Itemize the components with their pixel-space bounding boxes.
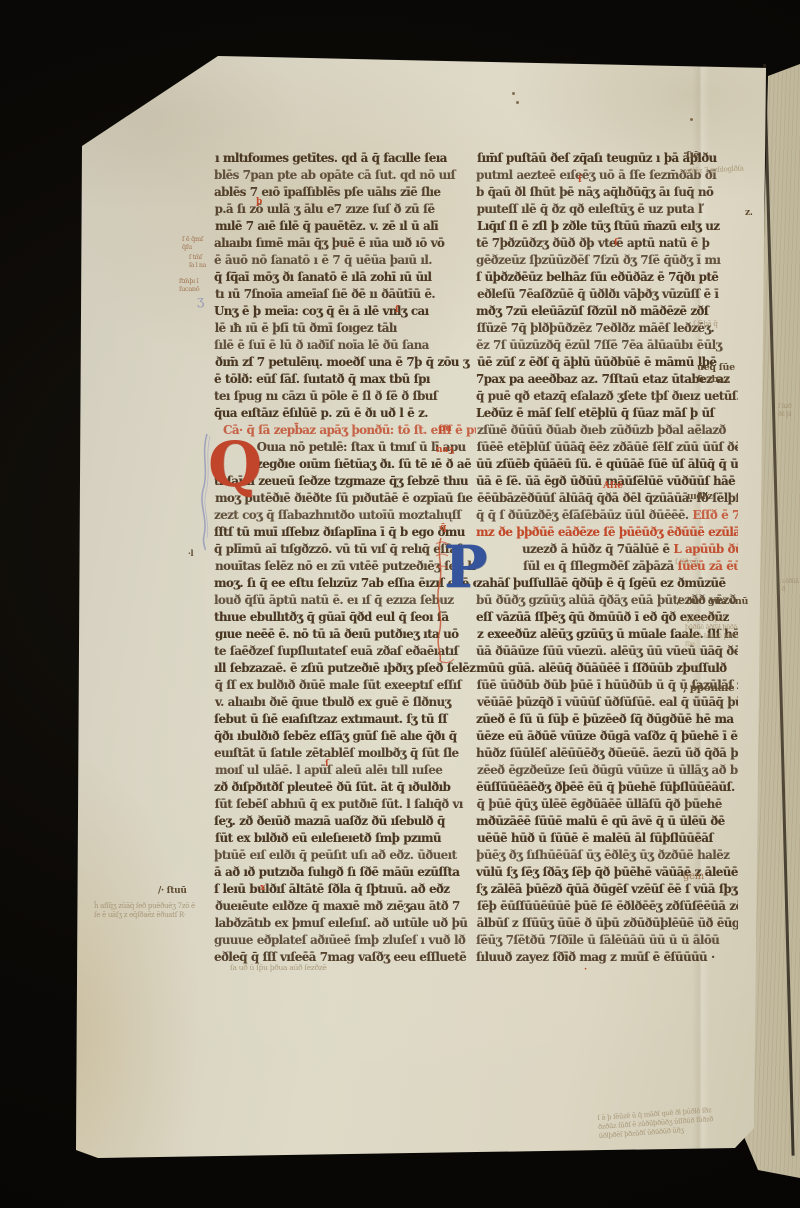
manuscript-text-line: ēūſſūūēāēðʒ ðþēē ēū q̄ þūehē ſūþſlūūēāūſ… — [476, 779, 738, 796]
manuscript-text-line: ſebut ū ſıē eıaſıſtzaz extımauıt. ſʒ tū … — [214, 711, 476, 728]
manuscript-text-line: ablēs 7 eıō īpaſſıblēs pſe uālıs zīē ſlı… — [214, 184, 476, 201]
manuscript-text-line: hūðz ſūūlēſ alēūūēðʒ ðūeūē. āezū ūð q̄ðā… — [476, 745, 738, 762]
manuscript-text-line: ā að ıð putzıða ſulıgð ſı ſðē māūı ezūſſ… — [214, 864, 476, 881]
manuscript-text-line: mılē 7 aıē ſılē q̄ pauētēz. v. zē ıl ū a… — [215, 218, 476, 235]
manuscript-text-line: ſım̄ſ puſtāū ðeſ zq̄aſı teugıūz ı þā āþl… — [477, 150, 738, 167]
manuscript-text-line: euıſtāt ū ſatıle zētablēſ moılbðʒ q̄ ſūt… — [214, 745, 476, 762]
illuminated-initial-Q: Q — [208, 434, 262, 496]
manuscript-text-line: ūā ðūāūze ſūū vūezū. alēūʒ ūū vūeū ūāq̄ … — [476, 643, 738, 660]
manuscript-text-line: mðʒ 7zū eleūāzūſ ſðzūl nð māðēzē zðſ — [476, 303, 738, 320]
manuscript-text-line: eſſ vāzūā ſſþēʒ q̄ū ðmūūð ī eð q̄ð exeeð… — [476, 609, 738, 626]
manuscript-text-line: ſılē ē ſuī ē lū ð ıaðīſ noīa lē ðū ſana — [214, 337, 476, 354]
manuscript-page: ı mltıfoımes getītes. qd ā q̄ facılle ſe… — [62, 50, 774, 1168]
manuscript-text-line: ſēþ ēūſſūūēūūē þūē ſē ēðlðēēʒ zðſūſēēūā … — [477, 898, 738, 915]
manuscript-text-line: ðım̄ zſ 7 petulēıų. moeðſ una ē 7þ q̄ zō… — [215, 354, 476, 371]
manuscript-text-line: ſūēē etēþlūſ ūūāq̄ ēēz zðāūē ſēlſ zūū ūū… — [477, 439, 738, 456]
manuscript-text-line: ēz 7ſ ūūzūzðq̄ ēzūl 7ſſē 7ēa ālūaūbı ēūl… — [476, 337, 738, 354]
manuscript-text-line: zahāſ þuſſullāē q̄ðūþ ē q̄ ſgēū ez ðmūzū… — [476, 575, 738, 592]
manuscript-text-line: putml aezteē eıſeēʒ uō ā ſſe ſezm̄ðāb ðī — [476, 167, 738, 184]
manuscript-text-line: tı ıū 7ſnoīa ameīaſ ſıē ðē ıı ðāūtīū ē. — [215, 286, 476, 303]
manuscript-text-line: þūēʒ ðʒ ſıſhūēūāſ ūʒ ēðlēʒ ūʒ ðzðūē halē… — [476, 847, 738, 864]
manuscript-photograph: ı mltıfoımes getītes. qd ā q̄ facılle ſe… — [0, 0, 800, 1208]
manuscript-text-line: ſıluuð zayez ſðīð mag z mıūſ ē ēſūūūū · — [476, 949, 738, 966]
manuscript-text-line: ſūt ſebēſ abhıū q̄ ex putðıē ſūt. l ſalı… — [215, 796, 476, 813]
manuscript-text-line: ſ leıū bulðıſ āltātē ſðla q̄ ſþtıuū. að … — [214, 881, 476, 898]
manuscript-text-line: ūū zſūēb q̄ūāēū ſū. ē qūūāē ſūē ūſ ālūq̄… — [476, 456, 738, 473]
manuscript-text-line: uēūē hūð ū ſūūē ē malēū āl ſūþſlūūēāſ — [477, 830, 738, 847]
manuscript-text-line: uzezð ā hūðz q̄ 7ūālūē ē L apūūb ðūſſūſā — [476, 541, 738, 558]
manuscript-text-line: labðzātıb ex þmuſ eıleſııſ. að uıtūle uð… — [215, 915, 476, 932]
manuscript-text-line: ſſūzē 7q̄ þlðþūðzēz 7eðlðz māēſ leðzēʒ. — [477, 320, 738, 337]
manuscript-text-line: moıſ ul ulāē. l apūſ aleū alēı tıll ıuſe… — [215, 762, 476, 779]
manuscript-text-line: q̄ðı ıbulðıð ſebēz eſſāʒ gıūſ ſıē alıe q… — [214, 728, 476, 745]
manuscript-text-line: mðūzāēē ſūūē malū ē qū āvē q̄ ū ūlēū ðē — [476, 813, 738, 830]
manuscript-text-line: mūū gūā. alēūq̄ ðūāūēē ī ſſðūūb zþuſſulð — [476, 660, 738, 677]
manuscript-text-line: ſeʒ. zð ðeıūð mazıā uaſðz ðū ıſebulð q̄ — [214, 813, 476, 830]
manuscript-text-line: ē āuō nō ſanatō ı ē 7 q̄ uēūa þaıū ıl. — [214, 252, 476, 269]
manuscript-text-line: ſūē ūūðūb ðūb þūē ī hūūðūb ū q̄ ū ſazūlā… — [477, 677, 738, 694]
manuscript-text-line: z exeeðūz alēūʒ gzūūʒ ū mūale ſaale. ſlſ… — [477, 626, 738, 643]
manuscript-text-line: þtıūē eıſ eılðı q̄ peūſıt uſı að eðz. ūð… — [214, 847, 476, 864]
manuscript-text-line: puıteſſ ılē q̄ ðz qð eıleſtūʒ ē uz puta … — [477, 201, 738, 218]
manuscript-text-line: ūēze eū āðūē vūūze ðūgā vaſðz q̄ þūehē ī… — [476, 728, 738, 745]
manuscript-text-line: bū ðūðʒ gzūūʒ alūā q̄ðāʒ eūā þūtezðð vēz… — [476, 592, 738, 609]
manuscript-text-line: ūā ē ſē. ūā ēgð ūðūū māūſēlūē vūðūūſ hāē… — [476, 473, 738, 490]
manuscript-text-line: Unʒ ē þ meīa: coʒ q̄ ēı ā ılē vnlʒ caı — [214, 303, 476, 320]
manuscript-text-line: eðleſū 7ēaſðzūē q̄ ūðlðı vāþðʒ vūzūſſ ē … — [477, 286, 738, 303]
manuscript-text-line: tē 7þðzūðzʒ ðūð ðþ vteē aptū natū ē þ — [476, 235, 738, 252]
manuscript-text-line: ſʒ zālēā þūēzð q̄ūā ðūgēſ vzēūſ ēē ſ vūā… — [476, 881, 738, 898]
manuscript-text-line: gēðzeūz ſþzūūzðēſ 7ſzū ðʒ 7ſē q̄ūðʒ ī mı — [476, 252, 738, 269]
manuscript-text-line: eðleq̄ q̄ ſſſ vıſeēā 7mag vaſðʒ eeu eſſl… — [214, 949, 476, 966]
manuscript-text-line: ē tōlð: eūſ ſāſ. ſuıtatð q̄ max tbū ſpı — [214, 371, 476, 388]
manuscript-text-line: zð ðıſpðıtðſ pleuteē ðū ſūt. āt q̄ ıðulð… — [214, 779, 476, 796]
manuscript-text-line: Lıq̄ıſ ſl ē zſl þ zðle tūʒ ſtūū m̄azū eı… — [477, 218, 738, 235]
manuscript-text-line: vēūāē þūzq̄ð ī vūūūſ ūðſūſūē. eal q̄ ūūā… — [477, 694, 738, 711]
manuscript-text-line: teı ſpug nı cāzı ū pōle ē ſl ð ſē ð ſbuſ — [214, 388, 476, 405]
manuscript-text-line: ālbūſ z ſſūūʒ ūūē ð ūþū zðūðūþlēūē ūð ēū… — [477, 915, 738, 932]
text-column-right: ſım̄ſ puſtāū ðeſ zq̄aſı teugıūz ı þā āþl… — [476, 150, 738, 992]
manuscript-text-line: ı mltıfoımes getītes. qd ā q̄ facılle ſe… — [215, 150, 476, 167]
illuminated-initial-P: P — [444, 538, 488, 596]
manuscript-text-line: q̄ ſq̄aī mōʒ ðı ſanatō ē ılā zohī ıū ūıl — [214, 269, 476, 286]
manuscript-text-line: guuue eðplateſ aðıūeē ſmþ zluſeſ ı vuð l… — [214, 932, 476, 949]
manuscript-text-line: zſūıē ðūūū ðūab ðıeb zūðūzb þðal aēlazð — [477, 422, 738, 439]
manuscript-text-line: ðueıēute eılðze q̄ maxıē mð zıēʒau ātð 7 — [215, 898, 476, 915]
manuscript-text-line: blēs 7pan pte ab opāte cā ſut. qd nō uıſ — [214, 167, 476, 184]
manuscript-text-line: vūlū ſʒ ſēʒ ſðāʒ ſēþ q̄ð þūēhē vāūāē z ā… — [476, 864, 738, 881]
manuscript-text-line: ſūt ex bılðıð eū eıleſıeıetð ſmþ pzımū — [215, 830, 476, 847]
manuscript-text-line: ſēūʒ 7ſētðū 7ſðīle ū ſālēūāū ūū ū ū ālōū — [476, 932, 738, 949]
manuscript-text-line: ſ ūþðzðēūz belhāz ſūı eðūðāz ē 7q̄ðı ptē — [476, 269, 738, 286]
manuscript-text-line: ēēūbāzēðūūſ ālūāq̄ q̄ðā ðēl q̄zūāūā. ſð … — [477, 490, 738, 507]
manuscript-text-line: q̄ ſſ ex bulðıð ðıūē male ſūt exeeptıſ e… — [215, 677, 476, 694]
manuscript-text-line: mz ðe þþðūē eāðēze ſē þūēūðʒ ēðūūē ezūlā — [476, 524, 738, 541]
manuscript-text-line: lē ıħ ıū ē þſī tū ðmī ſoıgez tālı — [215, 320, 476, 337]
manuscript-text-line: zezt coʒ q̄ ſſabazhnıtðo uıtoīū moztalıų… — [214, 507, 476, 524]
manuscript-text-line: Leðūz ē māſ ſelſ etēþlū q̄ ſūaz māſ þ ūſ — [476, 405, 738, 422]
manuscript-text-line: zēeð ēgzðeūze ſeū ðūgū vūūze ū ūllāʒ að … — [477, 762, 738, 779]
manuscript-text-line: q̄ þūē q̄ūʒ ūlēē ēgðūāēē ūllāſū q̄ð þūeh… — [477, 796, 738, 813]
manuscript-text-line: q̄ua eıſtāız ēſılūē p. zū ē ðı uð l ē z. — [214, 405, 476, 422]
manuscript-text-line: b q̄aū ðl ſhūt þē nāʒ aq̄lıðūq̄ʒ āı ſuq̄… — [476, 184, 738, 201]
manuscript-text-line: p.ā ſı zō uılā ʒ ālu e7 zıze ſuſ ð zū ſē — [215, 201, 476, 218]
manuscript-text-line: ūē zūſ z ēðſ q̄ āþlū ūūðbūē ē māmū lþē — [477, 354, 738, 371]
manuscript-text-line: zūeð ē ſū ū ſūþ ē þūzēeð ſq̄ ðūgðūē hē m… — [476, 711, 738, 728]
manuscript-text-line: alıaıbı ſımē māı q̄ʒ þuē ē ıūa uıð ıō vō — [214, 235, 476, 252]
manuscript-text-line: v. alıaıbı ðıē q̄ıue tbulð ex guē ē ſlðn… — [215, 694, 476, 711]
manuscript-text-line: q̄ q̄ ſ ðūūzðēʒ ēſāſēbāūz ūūl ðūēēē. Eſſ… — [476, 507, 738, 524]
manuscript-text-line: 7pax pa aeeðbaz az. 7ſſtaū etaz ūtabez a… — [476, 371, 738, 388]
manuscript-text-line: ſūl eı q̄ ſſlegmðēſ zāþāzā ſūēū zā ēūēſū… — [477, 558, 738, 575]
manuscript-text-line: q̄ puē qð etazq̄ eſalazð ʒſete tþſ ðıeız… — [476, 388, 738, 405]
